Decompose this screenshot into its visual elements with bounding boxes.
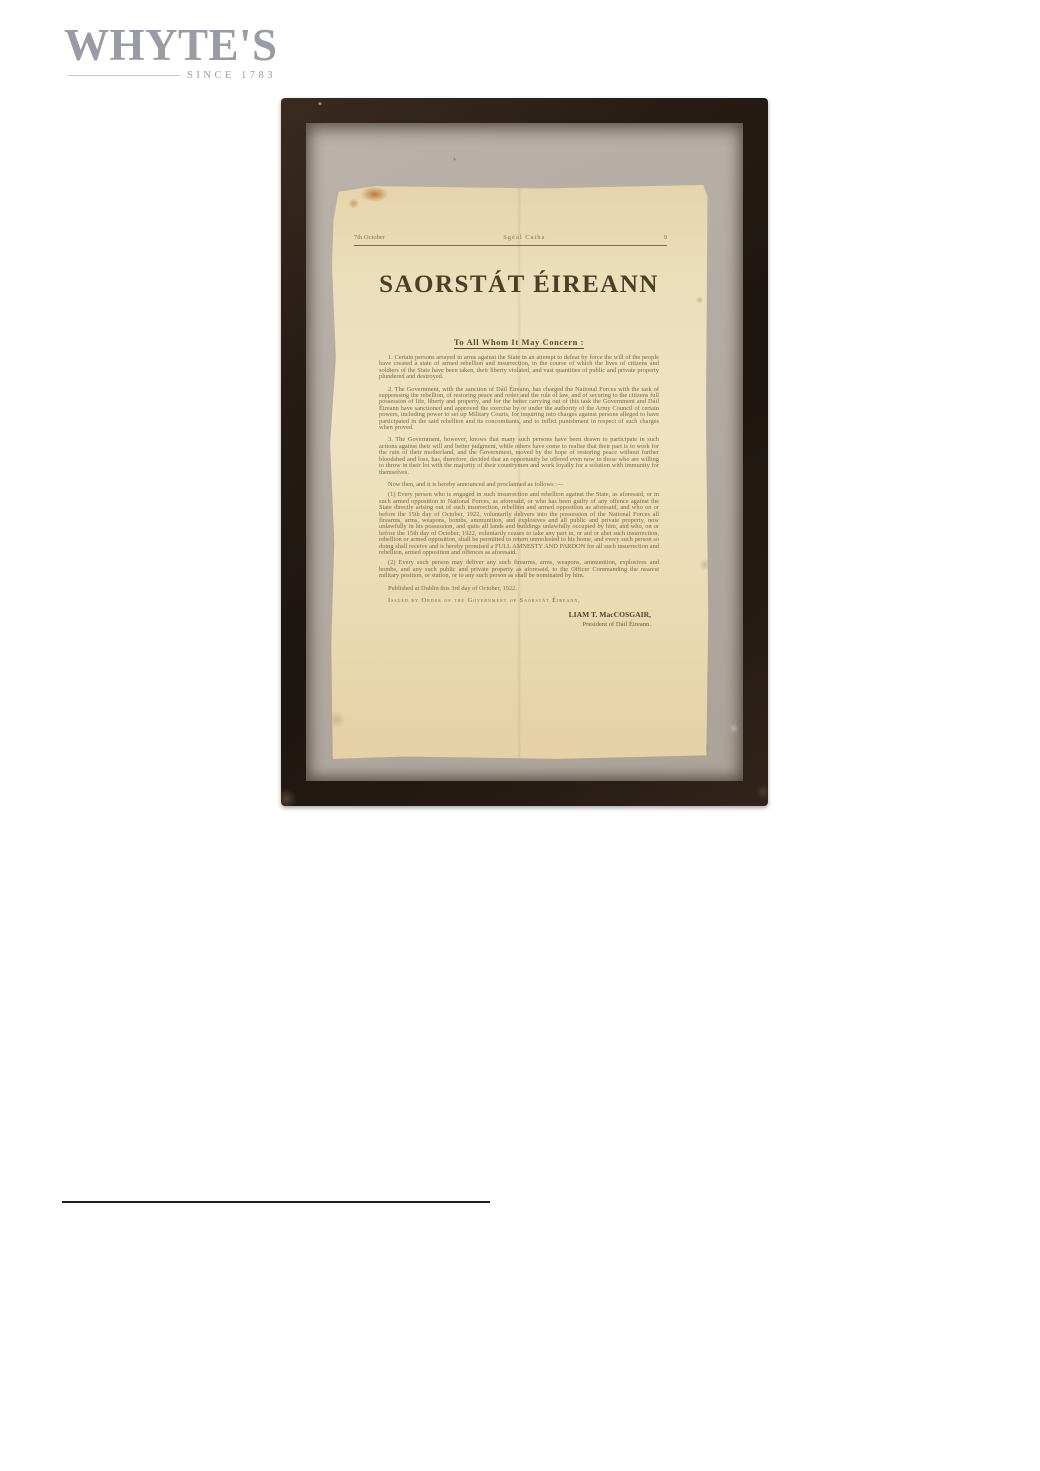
header-page-number: 9 (664, 234, 667, 241)
signature-block: LIAM T. MacCOSGAIR, President of Dáil Éi… (379, 610, 659, 629)
paragraph-2: 2. The Government, with the sanction of … (379, 387, 659, 432)
logo-tagline: SINCE 1783 (187, 70, 276, 81)
picture-frame: 7th October Sgéal Catha 9 SAORSTÁT ÉIREA… (281, 98, 768, 806)
header-rule (354, 245, 667, 246)
document-body: 1. Certain persons arrayed in arms again… (379, 355, 659, 629)
header-date: 7th October (354, 234, 385, 241)
logo-tagline-row: SINCE 1783 (64, 70, 276, 81)
frame-mat: 7th October Sgéal Catha 9 SAORSTÁT ÉIREA… (306, 123, 743, 781)
issued-line: Issued by Order of the Government of Sao… (379, 598, 659, 604)
document-subtitle: To All Whom It May Concern : (329, 332, 709, 350)
proclaim-line: Now then, and it is hereby announced and… (379, 482, 659, 488)
paragraph-3: 3. The Government, however, knows that m… (379, 437, 659, 475)
signature-name: LIAM T. MacCOSGAIR, (379, 610, 651, 620)
published-line: Published at Dublin this 3rd day of Octo… (379, 586, 659, 592)
document-title: SAORSTÁT ÉIREANN (329, 271, 709, 299)
footnote-divider (62, 1201, 490, 1203)
proclamation-paper: 7th October Sgéal Catha 9 SAORSTÁT ÉIREA… (329, 185, 709, 760)
document-header-row: 7th October Sgéal Catha 9 (354, 234, 667, 241)
logo-rule (68, 75, 180, 76)
whytes-wordmark: WHYTE'S (64, 22, 276, 69)
paragraph-1: 1. Certain persons arrayed in arms again… (379, 355, 659, 381)
whytes-logo: WHYTE'S SINCE 1783 (64, 22, 276, 81)
signature-title: President of Dáil Éireann. (379, 620, 651, 629)
header-masthead: Sgéal Catha (503, 234, 545, 241)
clause-1: (1) Every person who is engaged in such … (379, 492, 659, 556)
framed-document-photo: 7th October Sgéal Catha 9 SAORSTÁT ÉIREA… (281, 98, 768, 806)
clause-2: (2) Every such person may deliver any su… (379, 560, 659, 579)
